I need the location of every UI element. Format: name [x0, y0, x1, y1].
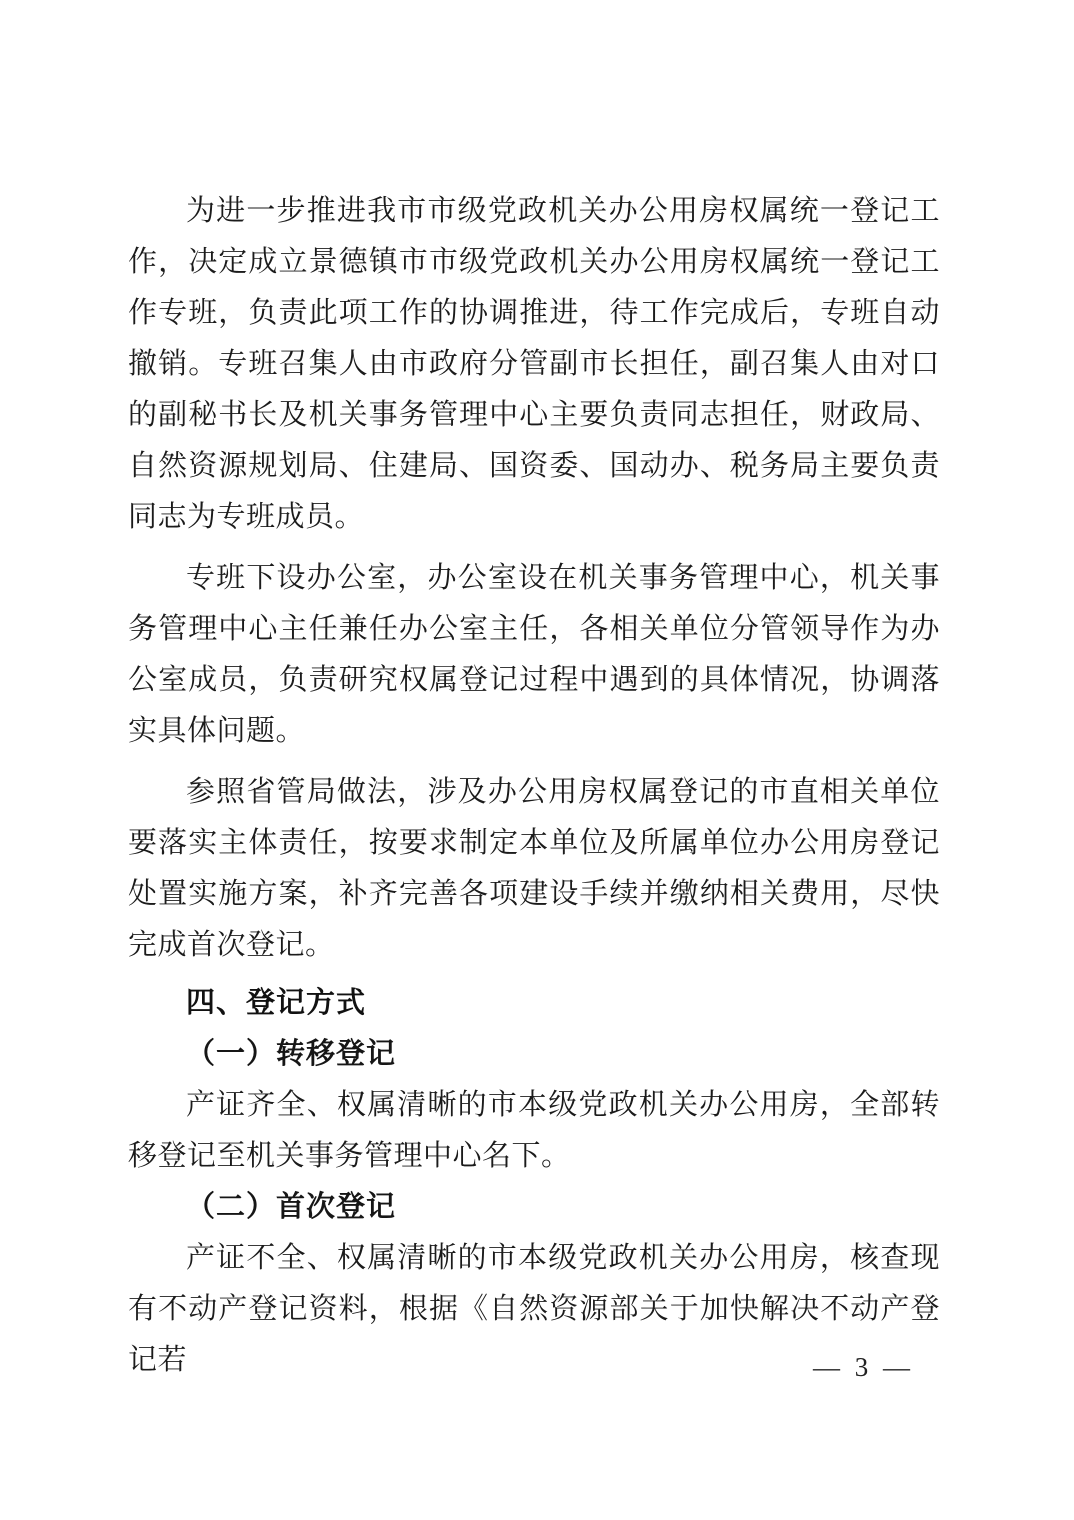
sub-heading-transfer-registration: （一）转移登记 [128, 1029, 940, 1080]
section-heading-registration-methods: 四、登记方式 [128, 978, 940, 1029]
sub-heading-first-registration: （二）首次登记 [128, 1182, 940, 1233]
paragraph-taskforce-setup: 为进一步推进我市市级党政机关办公用房权属统一登记工作，决定成立景德镇市市级党政机… [128, 186, 940, 543]
paragraph-office-setup: 专班下设办公室，办公室设在机关事务管理中心，机关事务管理中心主任兼任办公室主任，… [128, 553, 940, 757]
document-page: 为进一步推进我市市级党政机关办公用房权属统一登记工作，决定成立景德镇市市级党政机… [0, 0, 1074, 1520]
paragraph-transfer-registration: 产证齐全、权属清晰的市本级党政机关办公用房，全部转移登记至机关事务管理中心名下。 [128, 1080, 940, 1182]
document-body: 为进一步推进我市市级党政机关办公用房权属统一登记工作，决定成立景德镇市市级党政机… [128, 186, 940, 1386]
paragraph-responsibility: 参照省管局做法，涉及办公用房权属登记的市直相关单位要落实主体责任，按要求制定本单… [128, 767, 940, 971]
page-number: — 3 — [813, 1352, 914, 1382]
